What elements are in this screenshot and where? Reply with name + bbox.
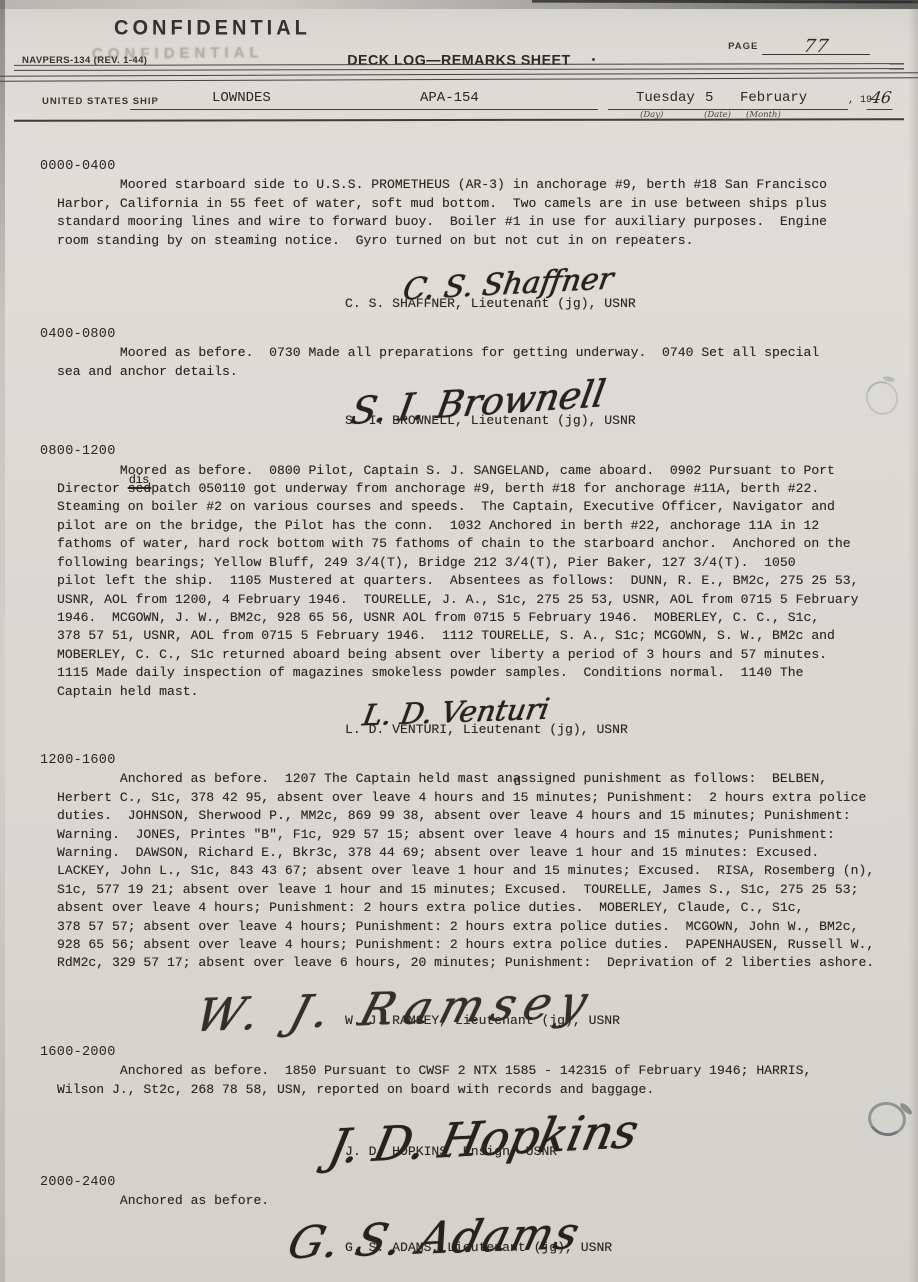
log-line: MOBERLEY, C. C., S1c returned aboard bei… [57, 646, 918, 664]
log-line: Anchored as before. 1207 The Captain hel… [57, 770, 918, 788]
deck-log-remarks-sheet: CONFIDENTIAL CONFIDENTIAL PAGE 77 NAVPER… [0, 0, 918, 1282]
log-line: 1115 Made daily inspection of magazines … [57, 664, 918, 682]
signature-script: J. D. Hopkins [323, 1104, 643, 1176]
entry-text: Anchored as before. 1207 The Captain hel… [57, 770, 918, 972]
log-line: fathoms of water, hard rock bottom with … [57, 535, 918, 553]
log-entry: 1200-1600 Anchored as before. 1207 The C… [0, 752, 918, 1031]
date-day-name: Tuesday [636, 90, 695, 106]
inserted-text: dis [129, 471, 149, 489]
log-line: S1c, 577 19 21; absent over leave 1 hour… [57, 881, 918, 899]
ship-and-date-row: UNITED STATES SHIP LOWNDES APA-154 Tuesd… [0, 88, 918, 118]
log-line: standard mooring lines and wire to forwa… [57, 213, 918, 231]
date-day-number: 5 [705, 90, 713, 106]
date-blank: Tuesday 5 February [608, 88, 848, 110]
log-line: 378 57 51, USNR, AOL from 0715 5 Februar… [57, 627, 918, 645]
year-value: 46 [866, 88, 895, 110]
signature-typed-name: C. S. SHAFFNER, Lieutenant (jg), USNR [345, 295, 636, 313]
form-header: CONFIDENTIAL CONFIDENTIAL PAGE 77 NAVPER… [0, 0, 918, 132]
log-line: USNR, AOL from 1200, 4 February 1946. TO… [57, 591, 918, 609]
log-line: Anchored as before. 1850 Pursuant to CWS… [57, 1062, 918, 1080]
signature-typed-name: W. J. RAMSEY, Lieutenant (jg), USNR [345, 1012, 620, 1030]
log-line: LACKEY, John L., S1c, 843 43 67; absent … [57, 862, 918, 880]
log-line: Warning. DAWSON, Richard E., Bkr3c, 378 … [57, 844, 918, 862]
entry-time-range: 0800-1200 [40, 443, 918, 461]
entry-time-range: 0000-0400 [40, 158, 918, 176]
log-line: Herbert C., S1c, 378 42 95, absent over … [57, 789, 918, 807]
entry-time-range: 0400-0800 [40, 326, 918, 344]
log-line: 1946. MCGOWN, J. W., BM2c, 928 65 56, US… [57, 609, 918, 627]
log-entry: 1600-2000 Anchored as before. 1850 Pursu… [0, 1044, 918, 1161]
log-entry: 0000-0400 Moored starboard side to U.S.S… [0, 158, 918, 313]
inserted-text: d [514, 773, 521, 791]
entry-text: Moored as before. 0730 Made all preparat… [57, 344, 918, 381]
log-line: 928 65 56; absent over leave 4 hours; Pu… [57, 936, 918, 954]
log-line: Wilson J., St2c, 268 78 58, USN, reporte… [57, 1081, 918, 1099]
log-line: pilot are on the bridge, the Pilot has t… [57, 517, 918, 535]
ship-name: LOWNDES [212, 90, 271, 106]
log-line: Anchored as before. [57, 1192, 918, 1210]
entry-time-range: 1600-2000 [40, 1044, 918, 1062]
entry-time-range: 2000-2400 [40, 1174, 918, 1192]
date-month: February [740, 90, 807, 106]
heavy-rule [14, 118, 904, 122]
log-line: Harbor, California in 55 feet of water, … [57, 195, 918, 213]
typed-correction: dissed [128, 480, 152, 498]
signature-block: G. S. Adams G. S. ADAMS, Lieutenant (jg)… [345, 1211, 918, 1258]
log-entry: 0800-1200 Moored as before. 0800 Pilot, … [0, 443, 918, 739]
double-rule-upper [14, 63, 904, 71]
log-line: pilot left the ship. 1105 Mustered at qu… [57, 572, 918, 590]
log-line: Moored as before. 0730 Made all preparat… [57, 344, 918, 362]
entry-time-range: 1200-1600 [40, 752, 918, 770]
entry-text: Moored as before. 0800 Pilot, Captain S.… [57, 462, 918, 701]
entry-text: Anchored as before. [57, 1192, 918, 1210]
hull-number: APA-154 [420, 90, 479, 106]
entry-text: Anchored as before. 1850 Pursuant to CWS… [57, 1062, 918, 1099]
signature-typed-name: L. D. VENTURI, Lieutenant (jg), USNR [345, 721, 628, 739]
log-entry: 0400-0800 Moored as before. 0730 Made al… [0, 326, 918, 430]
signature-typed-name: J. D. HOPKINS, Ensign, USNR [345, 1143, 557, 1161]
log-line: Moored starboard side to U.S.S. PROMETHE… [57, 176, 918, 194]
log-line: Steaming on boiler #2 on various courses… [57, 498, 918, 516]
signature-script: G. S. Adams [283, 1208, 586, 1270]
signature-block: L. D. Venturi L. D. VENTURI, Lieutenant … [345, 701, 918, 739]
log-line: absent over leave 4 hours; Punishment: 2… [57, 899, 918, 917]
stray-ink-dot [592, 58, 595, 61]
signature-script: W. J. Ramsey [189, 975, 602, 1042]
scan-edge-right [908, 0, 918, 1282]
scan-edge-left [0, 0, 5, 1282]
signature-block: C. S. Shaffner C. S. SHAFFNER, Lieutenan… [345, 250, 918, 313]
signature-block: S. I. Brownell S. I. BROWNELL, Lieutenan… [345, 381, 918, 430]
signature-typed-name: G. S. ADAMS, Lieutenant (jg), USNR [345, 1239, 612, 1257]
log-line: sea and anchor details. [57, 363, 918, 381]
double-rule-lower [0, 72, 918, 82]
log-line: room standing by on steaming notice. Gyr… [57, 232, 918, 250]
log-line: Director dissedpatch 050110 got underway… [57, 480, 918, 498]
signature-typed-name: S. I. BROWNELL, Lieutenant (jg), USNR [345, 412, 636, 430]
log-entry: 2000-2400 Anchored as before. G. S. Adam… [0, 1174, 918, 1258]
entry-text: Moored starboard side to U.S.S. PROMETHE… [57, 176, 918, 250]
page-label: PAGE [728, 41, 758, 52]
log-line: 378 57 57; absent over leave 4 hours; Pu… [57, 918, 918, 936]
log-line: following bearings; Yellow Bluff, 249 3/… [57, 554, 918, 572]
ship-name-blank: LOWNDES APA-154 [130, 88, 598, 110]
signature-block: J. D. Hopkins J. D. HOPKINS, Ensign, USN… [345, 1099, 918, 1161]
signature-block: W. J. Ramsey W. J. RAMSEY, Lieutenant (j… [345, 973, 918, 1031]
log-entries: 0000-0400 Moored starboard side to U.S.S… [0, 132, 918, 1258]
log-line: RdM2c, 329 57 17; absent over leave 6 ho… [57, 954, 918, 972]
log-line: Moored as before. 0800 Pilot, Captain S.… [57, 462, 918, 480]
log-line: Warning. JONES, Printes "B", F1c, 929 57… [57, 826, 918, 844]
log-line: duties. JOHNSON, Sherwood P., MM2c, 869 … [57, 807, 918, 825]
confidential-stamp: CONFIDENTIAL [114, 16, 311, 40]
